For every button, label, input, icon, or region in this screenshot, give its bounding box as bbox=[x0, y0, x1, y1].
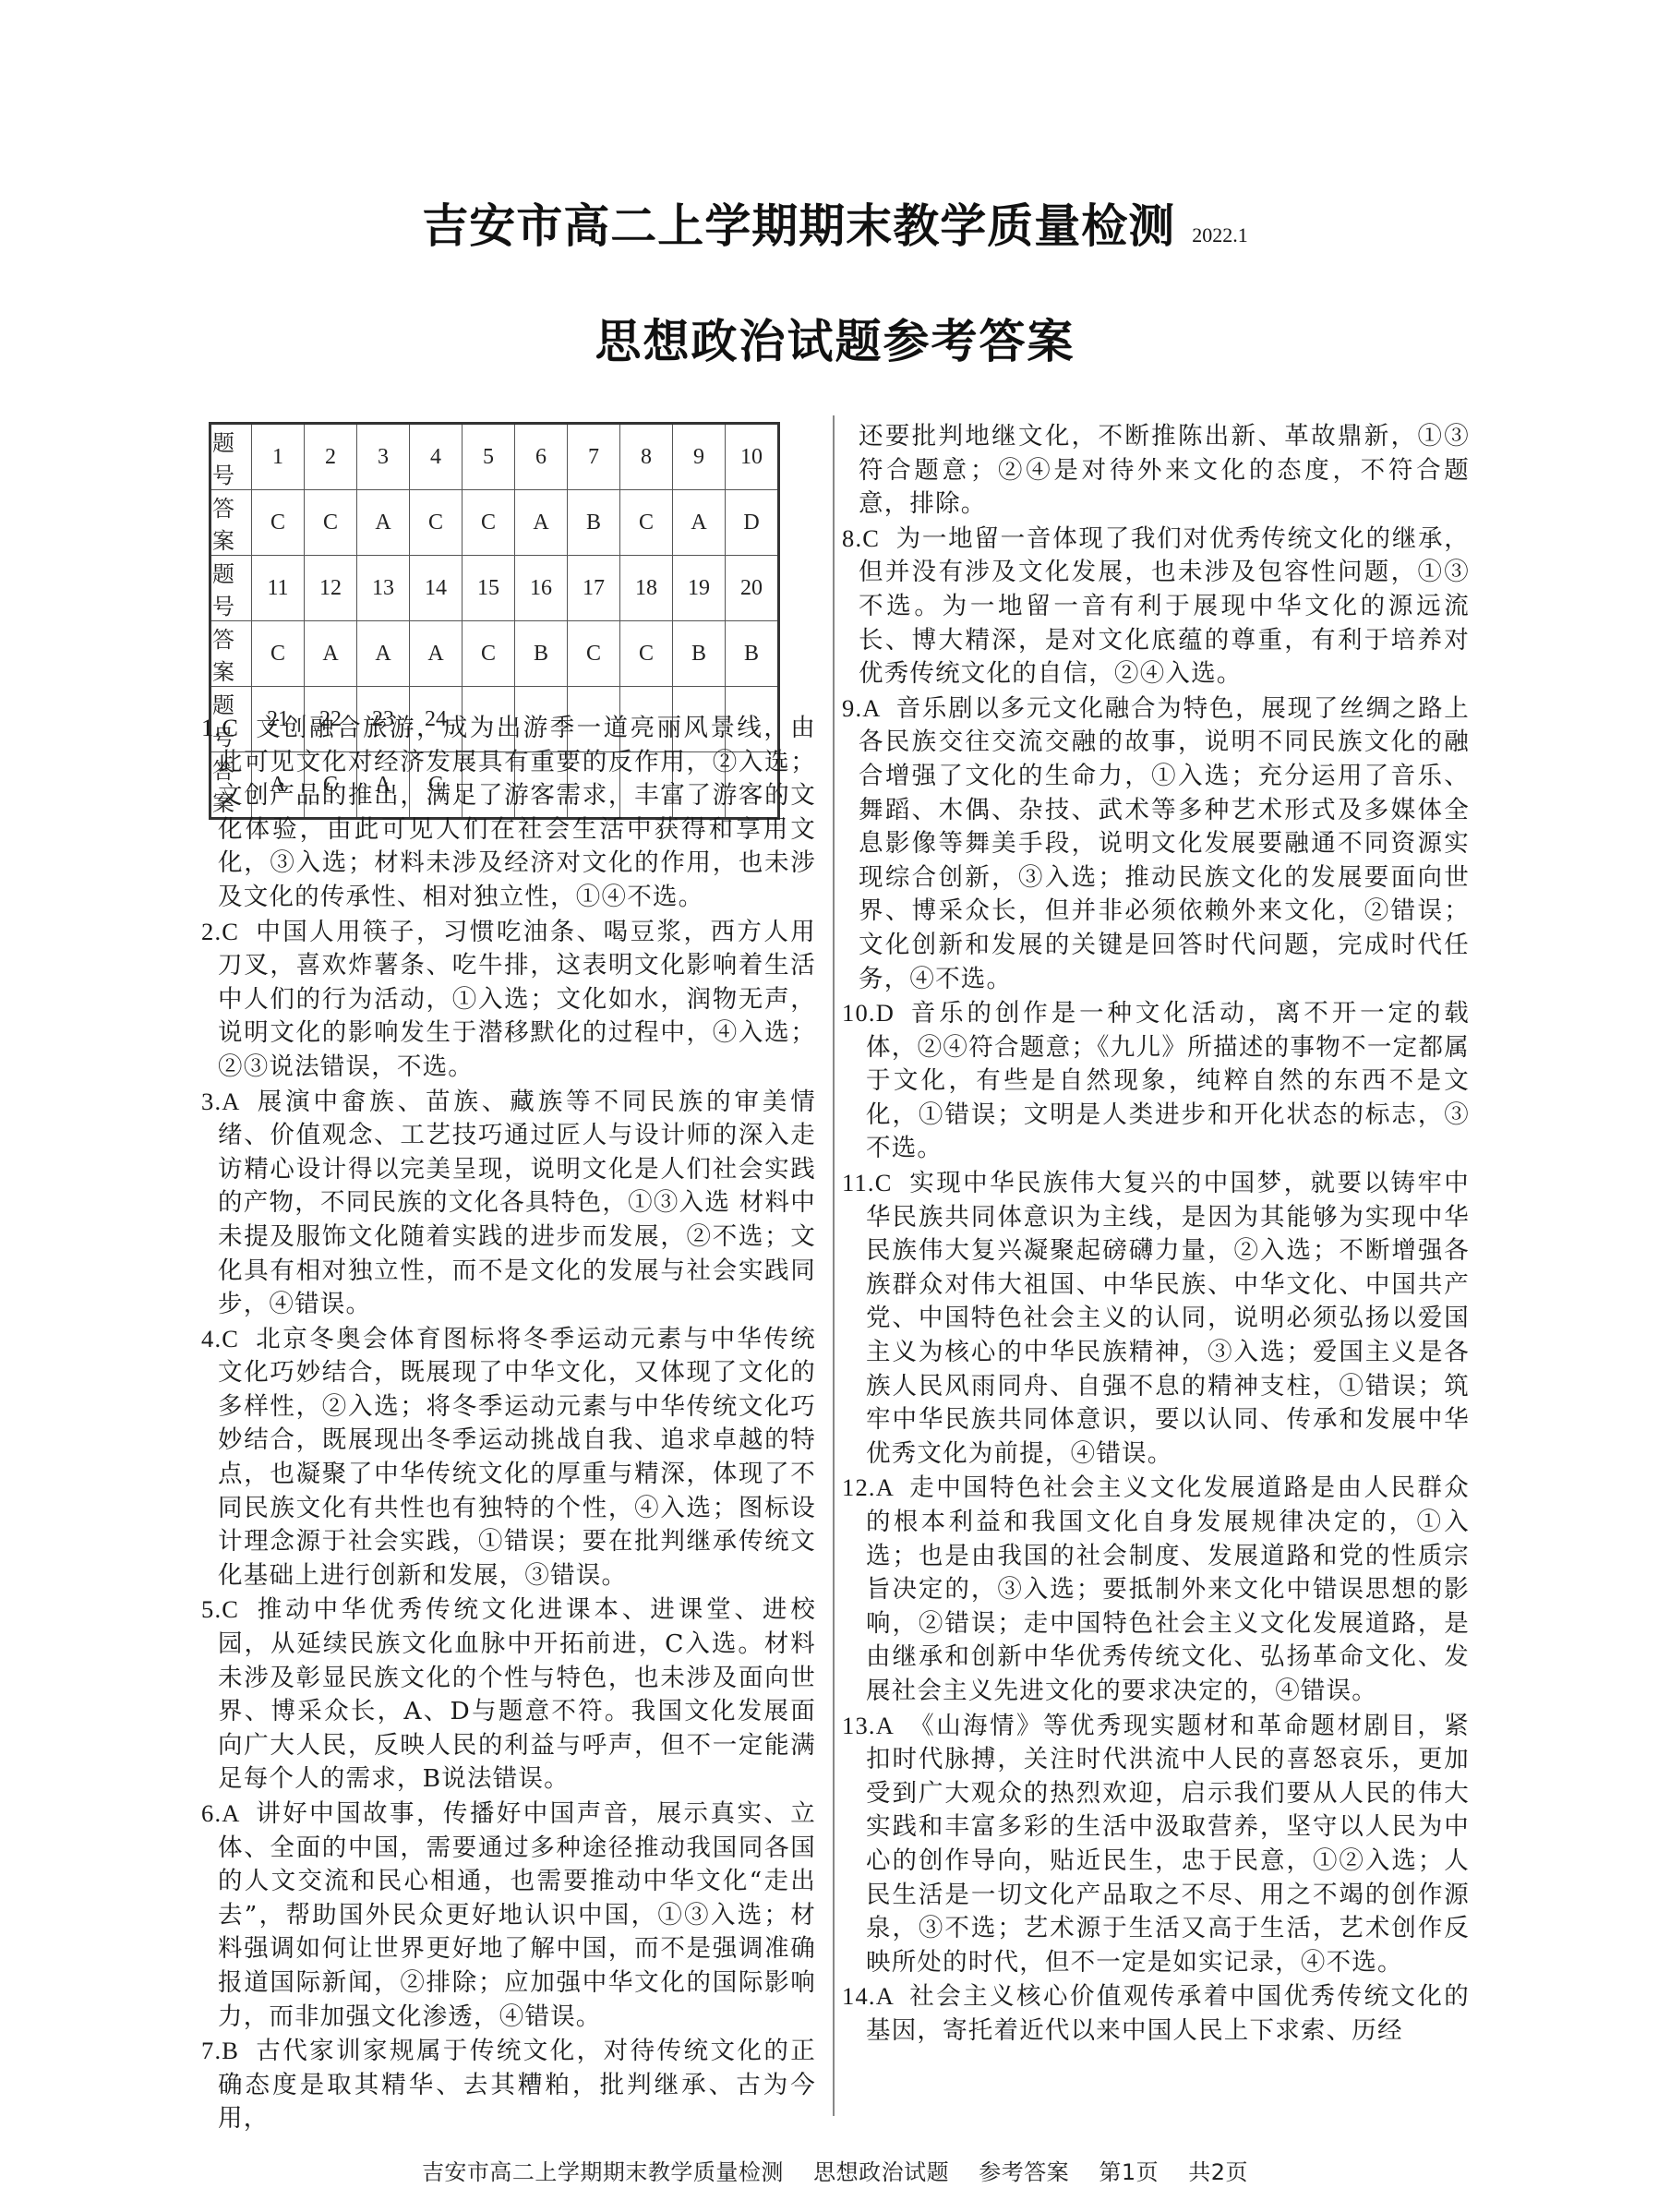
answer-cell: B bbox=[726, 621, 779, 687]
answer-cell: B bbox=[515, 621, 568, 687]
footer-exam: 吉安市高二上学期期末教学质量检测 bbox=[422, 2159, 784, 2185]
explanation-text: 展演中畲族、苗族、藏族等不同民族的审美情绪、价值观念、工艺技巧通过匠人与设计师的… bbox=[218, 1088, 816, 1319]
answer-number: 7.B bbox=[201, 2034, 255, 2068]
answer-cell: C bbox=[620, 490, 673, 556]
answer-cell: C bbox=[252, 490, 305, 556]
answer-explanation: 6.A讲好中国故事，传播好中国声音，展示真实、立体、全面的中国，需要通过多种途径… bbox=[201, 1797, 816, 2034]
answer-explanation: 5.C推动中华优秀传统文化进课本、进课堂、进校园，从延续民族文化血脉中开拓前进，… bbox=[201, 1593, 816, 1797]
question-number-cell: 14 bbox=[410, 556, 463, 621]
answer-cell: A bbox=[305, 621, 357, 687]
answer-row: 答案CCACCABCAD bbox=[210, 490, 779, 556]
page-title: 吉安市高二上学期期末教学质量检测2022.1 bbox=[0, 189, 1670, 256]
answer-cell: C bbox=[463, 490, 515, 556]
answer-cell: C bbox=[463, 621, 515, 687]
question-number-cell: 2 bbox=[305, 424, 357, 490]
question-number-cell: 4 bbox=[410, 424, 463, 490]
answer-explanation: 2.C中国人用筷子，习惯吃油条、喝豆浆，西方人用刀叉，喜欢炸薯条、吃牛排，这表明… bbox=[201, 915, 816, 1085]
answer-explanation: 8.C为一地留一音体现了我们对优秀传统文化的继承，但并没有涉及文化发展，也未涉及… bbox=[842, 522, 1470, 691]
exam-title: 吉安市高二上学期期末教学质量检测 bbox=[422, 199, 1175, 253]
answer-explanation: 3.A展演中畲族、苗族、藏族等不同民族的审美情绪、价值观念、工艺技巧通过匠人与设… bbox=[201, 1085, 816, 1322]
question-number-cell: 8 bbox=[620, 424, 673, 490]
answer-cell: C bbox=[568, 621, 620, 687]
row-label-question: 题号 bbox=[210, 556, 252, 621]
explanation-text: 讲好中国故事，传播好中国声音，展示真实、立体、全面的中国，需要通过多种途径推动我… bbox=[218, 1799, 816, 2031]
exam-date: 2022.1 bbox=[1192, 223, 1248, 246]
question-number-cell: 1 bbox=[252, 424, 305, 490]
column-divider bbox=[833, 415, 835, 2116]
left-column: 1.C文创融合旅游，成为出游季一道亮丽风景线，由此可见文化对经济发展具有重要的反… bbox=[201, 711, 816, 2136]
question-number-cell: 3 bbox=[357, 424, 410, 490]
answer-explanation: 1.C文创融合旅游，成为出游季一道亮丽风景线，由此可见文化对经济发展具有重要的反… bbox=[201, 711, 816, 915]
page-footer: 吉安市高二上学期期末教学质量检测 思想政治试题 参考答案 第1页 共2页 bbox=[0, 2154, 1670, 2186]
question-number-cell: 10 bbox=[726, 424, 779, 490]
explanation-text: 文创融合旅游，成为出游季一道亮丽风景线，由此可见文化对经济发展具有重要的反作用，… bbox=[218, 714, 816, 911]
row-label-question: 题号 bbox=[210, 424, 252, 490]
footer-doc-type: 参考答案 bbox=[979, 2159, 1069, 2185]
answer-explanation: 11.C实现中华民族伟大复兴的中国梦，就要以铸牢中华民族共同体意识为主线，是因为… bbox=[842, 1166, 1470, 1471]
page-subtitle: 思想政治试题参考答案 bbox=[0, 305, 1670, 371]
explanation-text: 实现中华民族伟大复兴的中国梦，就要以铸牢中华民族共同体意识为主线，是因为其能够为… bbox=[866, 1169, 1470, 1468]
answer-number: 9.A bbox=[842, 691, 895, 726]
explanation-text: 中国人用筷子，习惯吃油条、喝豆浆，西方人用刀叉，喜欢炸薯条、吃牛排，这表明文化影… bbox=[218, 918, 816, 1081]
footer-page: 第1页 bbox=[1099, 2159, 1159, 2185]
explanation-text: 走中国特色社会主义文化发展道路是由人民群众的根本利益和我国文化自身发展规律决定的… bbox=[866, 1473, 1470, 1705]
answer-cell: A bbox=[410, 621, 463, 687]
question-number-row: 题号12345678910 bbox=[210, 424, 779, 490]
answer-cell: A bbox=[515, 490, 568, 556]
row-label-answer: 答案 bbox=[210, 621, 252, 687]
answer-cell: A bbox=[357, 490, 410, 556]
answer-number: 14.A bbox=[842, 1979, 908, 2014]
answer-cell: B bbox=[673, 621, 726, 687]
question-number-cell: 13 bbox=[357, 556, 410, 621]
answer-number: 8.C bbox=[842, 522, 895, 556]
answer-number: 6.A bbox=[201, 1797, 255, 1831]
explanation-text: 《山海情》等优秀现实题材和革命题材剧目，紧扣时代脉搏，关注时代洪流中人民的喜怒哀… bbox=[866, 1712, 1470, 1977]
answer-row: 答案CAAACBCCBB bbox=[210, 621, 779, 687]
answer-explanation: 13.A《山海情》等优秀现实题材和革命题材剧目，紧扣时代脉搏，关注时代洪流中人民… bbox=[842, 1709, 1470, 1980]
question-number-cell: 12 bbox=[305, 556, 357, 621]
continued-answer-7: 还要批判地继文化，不断推陈出新、革故鼎新，①③符合题意；②④是对待外来文化的态度… bbox=[842, 420, 1470, 522]
answer-explanation: 10.D音乐的创作是一种文化活动，离不开一定的载体，②④符合题意；《九儿》所描述… bbox=[842, 996, 1470, 1166]
explanation-text: 北京冬奥会体育图标将冬季运动元素与中华传统文化巧妙结合，既展现了中华文化，又体现… bbox=[218, 1325, 816, 1590]
answer-cell: A bbox=[357, 621, 410, 687]
question-number-cell: 11 bbox=[252, 556, 305, 621]
answer-cell: C bbox=[620, 621, 673, 687]
answer-cell: C bbox=[252, 621, 305, 687]
explanation-text: 为一地留一音体现了我们对优秀传统文化的继承，但并没有涉及文化发展，也未涉及包容性… bbox=[859, 524, 1470, 688]
answer-cell: A bbox=[673, 490, 726, 556]
answer-cell: B bbox=[568, 490, 620, 556]
answer-cell: D bbox=[726, 490, 779, 556]
question-number-cell: 5 bbox=[463, 424, 515, 490]
answer-number: 11.C bbox=[842, 1166, 908, 1200]
answer-cell: C bbox=[305, 490, 357, 556]
answer-number: 1.C bbox=[201, 711, 255, 745]
question-number-cell: 20 bbox=[726, 556, 779, 621]
question-number-cell: 15 bbox=[463, 556, 515, 621]
answer-number: 4.C bbox=[201, 1322, 255, 1356]
answer-cell: C bbox=[410, 490, 463, 556]
question-number-cell: 17 bbox=[568, 556, 620, 621]
explanation-text: 音乐剧以多元文化融合为特色，展现了丝绸之路上各民族交往交流交融的故事，说明不同民… bbox=[859, 694, 1470, 993]
explanation-text: 古代家训家规属于传统文化，对待传统文化的正确态度是取其精华、去其糟粕，批判继承、… bbox=[218, 2037, 816, 2133]
explanation-text: 推动中华优秀传统文化进课本、进课堂、进校园，从延续民族文化血脉中开拓前进，C入选… bbox=[218, 1595, 816, 1793]
question-number-cell: 7 bbox=[568, 424, 620, 490]
answer-number: 10.D bbox=[842, 996, 908, 1030]
question-number-cell: 19 bbox=[673, 556, 726, 621]
answer-number: 12.A bbox=[842, 1471, 908, 1505]
footer-total: 共2页 bbox=[1188, 2159, 1248, 2185]
answer-number: 13.A bbox=[842, 1709, 908, 1743]
footer-subject: 思想政治试题 bbox=[813, 2159, 949, 2185]
question-number-cell: 9 bbox=[673, 424, 726, 490]
row-label-answer: 答案 bbox=[210, 490, 252, 556]
answer-number: 2.C bbox=[201, 915, 255, 949]
answer-number: 3.A bbox=[201, 1085, 255, 1119]
answer-explanation: 14.A社会主义核心价值观传承着中国优秀传统文化的基因，寄托着近代以来中国人民上… bbox=[842, 1979, 1470, 2048]
answer-explanation: 7.B古代家训家规属于传统文化，对待传统文化的正确态度是取其精华、去其糟粕，批判… bbox=[201, 2034, 816, 2136]
right-column: 还要批判地继文化，不断推陈出新、革故鼎新，①③符合题意；②④是对待外来文化的态度… bbox=[842, 420, 1470, 2049]
answer-explanation: 4.C北京冬奥会体育图标将冬季运动元素与中华传统文化巧妙结合，既展现了中华文化，… bbox=[201, 1322, 816, 1593]
answer-explanation: 12.A走中国特色社会主义文化发展道路是由人民群众的根本利益和我国文化自身发展规… bbox=[842, 1471, 1470, 1708]
explanation-text: 社会主义核心价值观传承着中国优秀传统文化的基因，寄托着近代以来中国人民上下求索、… bbox=[866, 1982, 1470, 2045]
explanation-text: 音乐的创作是一种文化活动，离不开一定的载体，②④符合题意；《九儿》所描述的事物不… bbox=[866, 999, 1470, 1162]
question-number-cell: 6 bbox=[515, 424, 568, 490]
question-number-cell: 16 bbox=[515, 556, 568, 621]
question-number-row: 题号11121314151617181920 bbox=[210, 556, 779, 621]
answer-explanation: 9.A音乐剧以多元文化融合为特色，展现了丝绸之路上各民族交往交流交融的故事，说明… bbox=[842, 691, 1470, 996]
question-number-cell: 18 bbox=[620, 556, 673, 621]
answer-number: 5.C bbox=[201, 1593, 255, 1627]
